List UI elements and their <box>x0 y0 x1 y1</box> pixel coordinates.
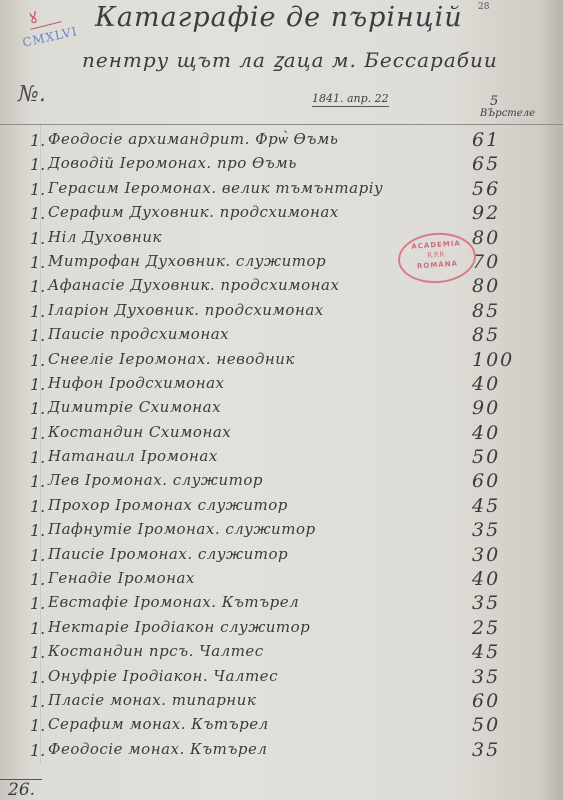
entry-age: 80 <box>472 227 532 249</box>
entry-age: 85 <box>472 324 532 346</box>
list-item: 1.Паисіе Іромонах. служитор30 <box>0 543 563 567</box>
list-item: 1.Феодосіе архимандрит. Фрѡ̀ Ѳъмь61 <box>0 128 563 152</box>
entry-age: 65 <box>472 153 532 175</box>
list-item: 1.Паисіе продсхимонах85 <box>0 323 563 347</box>
entry-count: 1. <box>30 351 45 370</box>
entry-age: 90 <box>472 397 532 419</box>
entry-name: Снееліе Іеромонах. неводник <box>48 350 295 368</box>
entry-name: Доводій Іеромонах. про Ѳъмь <box>48 154 297 172</box>
entry-name: Серафим монах. Кътърел <box>48 715 269 733</box>
list-item: 1.Ніл Духовник80 <box>0 226 563 250</box>
entry-name: Костандин Схимонах <box>48 423 231 441</box>
list-item: 1.Серафим Духовник. продсхимонах92 <box>0 201 563 225</box>
entry-name: Пафнутіе Іромонах. служитор <box>48 520 316 538</box>
entry-count: 1. <box>30 204 45 223</box>
entry-age: 40 <box>472 422 532 444</box>
entry-count: 1. <box>30 229 45 248</box>
entry-name: Ніл Духовник <box>48 228 162 246</box>
entry-age: 40 <box>472 568 532 590</box>
entry-count: 1. <box>30 643 45 662</box>
entry-age: 30 <box>472 544 532 566</box>
entry-count: 1. <box>30 277 45 296</box>
monk-list: 1.Феодосіе архимандрит. Фрѡ̀ Ѳъмь61 1.До… <box>0 128 563 762</box>
entry-count: 1. <box>30 716 45 735</box>
document-date: 1841. апр. 22 <box>312 92 389 107</box>
entry-age: 100 <box>472 349 532 371</box>
entry-age: 60 <box>472 690 532 712</box>
entry-name: Лев Іромонах. служитор <box>48 471 263 489</box>
entry-name: Евстафіе Іромонах. Кътърел <box>48 593 299 611</box>
entry-age: 35 <box>472 739 532 761</box>
list-item: 1.Іларіон Духовник. продсхимонах85 <box>0 299 563 323</box>
entry-name: Онуфріе Іродіакон. Чалтес <box>48 667 278 685</box>
entry-age: 92 <box>472 202 532 224</box>
header-rule <box>0 124 563 125</box>
number-column-label: №. <box>18 82 46 107</box>
entry-count: 1. <box>30 399 45 418</box>
entry-count: 1. <box>30 180 45 199</box>
entry-name: Димитріе Схимонах <box>48 398 221 416</box>
entry-name: Паисіе Іромонах. служитор <box>48 545 288 563</box>
entry-name: Пласіе монах. типарник <box>48 691 256 709</box>
entry-count: 1. <box>30 253 45 272</box>
entry-name: Натанаил Іромонах <box>48 447 218 465</box>
entry-name: Герасим Іеромонах. велик тъмънтаріу <box>48 179 383 197</box>
entry-name: Афанасіе Духовник. продсхимонах <box>48 276 339 294</box>
entry-name: Феодосіе архимандрит. Фрѡ̀ Ѳъмь <box>48 130 338 149</box>
manuscript-page: ꙋ CMXLVI Катаграфіе де пърінцій 28 пентр… <box>0 0 563 800</box>
entry-count: 1. <box>30 424 45 443</box>
entry-count: 1. <box>30 668 45 687</box>
entry-count: 1. <box>30 546 45 565</box>
entry-count: 1. <box>30 521 45 540</box>
entry-name: Прохор Іромонах служитор <box>48 496 288 514</box>
page-number: 28 <box>478 2 489 12</box>
entry-count: 1. <box>30 375 45 394</box>
entry-count: 1. <box>30 570 45 589</box>
entry-age: 45 <box>472 641 532 663</box>
entry-count: 1. <box>30 594 45 613</box>
list-item: 1.Онуфріе Іродіакон. Чалтес35 <box>0 665 563 689</box>
list-item: 1.Нектаріе Іродіакон служитор25 <box>0 616 563 640</box>
total-count: 26. <box>8 780 35 800</box>
entry-name: Костандин прсъ. Чалтес <box>48 642 264 660</box>
list-item: 1.Лев Іромонах. служитор60 <box>0 469 563 493</box>
entry-count: 1. <box>30 448 45 467</box>
list-item: 1.Натанаил Іромонах50 <box>0 445 563 469</box>
entry-count: 1. <box>30 472 45 491</box>
entry-age: 35 <box>472 519 532 541</box>
list-item: 1.Нифон Іродсхимонах40 <box>0 372 563 396</box>
entry-name: Нифон Іродсхимонах <box>48 374 225 392</box>
age-column-header: ВЪрстеле <box>480 108 535 119</box>
entry-age: 85 <box>472 300 532 322</box>
entry-age: 45 <box>472 495 532 517</box>
entry-name: Нектаріе Іродіакон служитор <box>48 618 310 636</box>
list-item: 1.Генадіе Іромонах40 <box>0 567 563 591</box>
list-item: 1.Костандин Схимонах40 <box>0 421 563 445</box>
entry-count: 1. <box>30 741 45 760</box>
entry-count: 1. <box>30 692 45 711</box>
list-item: 1.Серафим монах. Кътърел50 <box>0 713 563 737</box>
entry-name: Феодосіе монах. Кътърел <box>48 740 267 758</box>
entry-name: Іларіон Духовник. продсхимонах <box>48 301 324 319</box>
entry-age: 50 <box>472 714 532 736</box>
entry-age: 25 <box>472 617 532 639</box>
entry-count: 1. <box>30 497 45 516</box>
shelfmark-red: ꙋ <box>28 8 38 29</box>
entry-count: 1. <box>30 326 45 345</box>
document-title-line1: Катаграфіе де пърінцій <box>95 2 463 33</box>
list-item: 1.Снееліе Іеромонах. неводник100 <box>0 348 563 372</box>
entry-name: Паисіе продсхимонах <box>48 325 229 343</box>
entry-age: 40 <box>472 373 532 395</box>
list-item: 1.Феодосіе монах. Кътърел35 <box>0 738 563 762</box>
age-column-mark: 5 <box>490 94 498 109</box>
entry-count: 1. <box>30 302 45 321</box>
entry-age: 50 <box>472 446 532 468</box>
document-title-line2: пентру щът ла ꙁаца м. Бессарабии <box>82 46 498 73</box>
entry-name: Митрофан Духовник. служитор <box>48 252 326 270</box>
entry-count: 1. <box>30 131 45 150</box>
entry-name: Серафим Духовник. продсхимонах <box>48 203 339 221</box>
entry-age: 70 <box>472 251 532 273</box>
list-item: 1.Костандин прсъ. Чалтес45 <box>0 640 563 664</box>
entry-age: 61 <box>472 129 532 151</box>
list-item: 1.Евстафіе Іромонах. Кътърел35 <box>0 591 563 615</box>
entry-age: 60 <box>472 470 532 492</box>
list-item: 1.Пафнутіе Іромонах. служитор35 <box>0 518 563 542</box>
list-item: 1.Пласіе монах. типарник60 <box>0 689 563 713</box>
entry-age: 56 <box>472 178 532 200</box>
entry-age: 80 <box>472 275 532 297</box>
list-item: 1.Димитріе Схимонах90 <box>0 396 563 420</box>
entry-name: Генадіе Іромонах <box>48 569 195 587</box>
entry-count: 1. <box>30 155 45 174</box>
list-item: 1.Афанасіе Духовник. продсхимонах80 <box>0 274 563 298</box>
entry-count: 1. <box>30 619 45 638</box>
list-item: 1.Митрофан Духовник. служитор70 <box>0 250 563 274</box>
list-item: 1.Прохор Іромонах служитор45 <box>0 494 563 518</box>
entry-age: 35 <box>472 666 532 688</box>
entry-age: 35 <box>472 592 532 614</box>
list-item: 1.Герасим Іеромонах. велик тъмънтаріу56 <box>0 177 563 201</box>
list-item: 1.Доводій Іеромонах. про Ѳъмь65 <box>0 152 563 176</box>
